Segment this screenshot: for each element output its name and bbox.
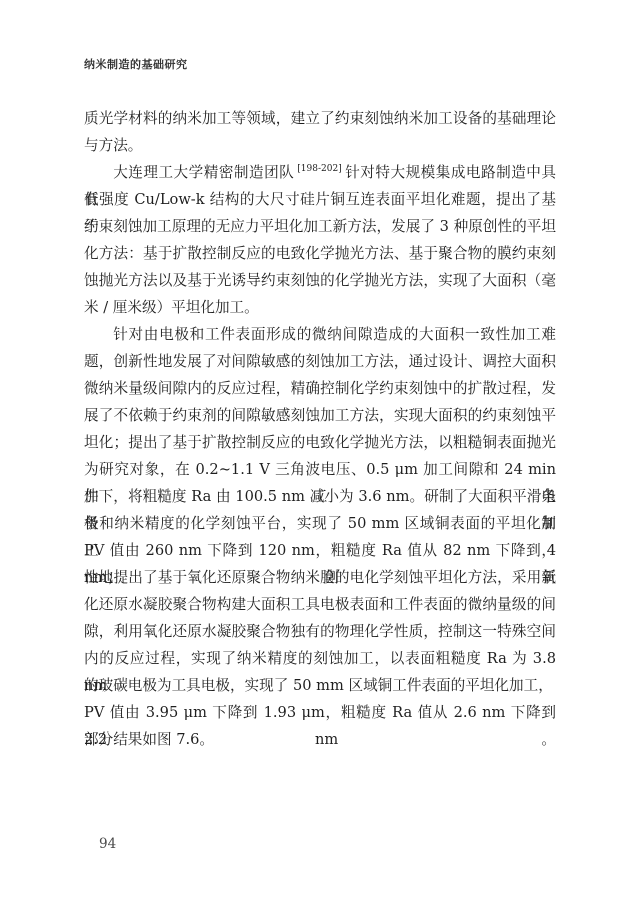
- text-line: 件下，将粗糙度 Ra 由 100.5 nm 减小为 3.6 nm。研制了大面积平…: [84, 483, 556, 510]
- document-page: 纳米制造的基础研究 质光学材料的纳米加工等领域，建立了约束刻蚀纳米加工设备的基础…: [0, 0, 643, 908]
- text-line: PV 值由 3.95 μm 下降到 1.93 μm，粗糙度 Ra 值从 2.6 …: [84, 699, 556, 726]
- text-line: 针对由电极和工件表面形成的微纳间隙造成的大面积一致性加工难: [84, 321, 556, 348]
- citation-superscript: [198-202]: [297, 164, 341, 174]
- text-line: 的玻碳电极为工具电极，实现了 50 mm 区域铜工件表面的平坦化加工，: [84, 672, 556, 699]
- text-line: 与方法。: [84, 132, 556, 159]
- text-line: 隙，利用氧化还原水凝胶聚合物独有的物理化学性质，控制这一特殊空间: [84, 618, 556, 645]
- text-line: 米 / 厘米级）平坦化加工。: [84, 294, 556, 321]
- text-line: 蚀抛光方法以及基于光诱导约束刻蚀的化学抛光方法，实现了大面积（毫: [84, 267, 556, 294]
- text-line: 内的反应过程，实现了纳米精度的刻蚀加工，以表面粗糙度 Ra 为 3.8 nm: [84, 645, 556, 672]
- text-line: 化方法：基于扩散控制反应的电致化学抛光方法、基于聚合物的膜约束刻: [84, 240, 556, 267]
- text-line: 为研究对象，在 0.2~1.1 V 三角波电压、0.5 μm 加工间隙和 24 …: [84, 456, 556, 483]
- body-text: 质光学材料的纳米加工等领域，建立了约束刻蚀纳米加工设备的基础理论 与方法。 大连…: [84, 105, 556, 753]
- running-header: 纳米制造的基础研究: [84, 58, 188, 72]
- text-segment: 大连理工大学精密制造团队: [113, 164, 294, 181]
- text-line: 大连理工大学精密制造团队[198-202]针对特大规模集成电路制造中具有: [84, 159, 556, 186]
- text-line: 展了不依赖于约束剂的间隙敏感刻蚀加工方法，实现大面积的约束刻蚀平: [84, 402, 556, 429]
- text-line: 备和纳米精度的化学刻蚀平台，实现了 50 mm 区域铜表面的平坦化加工，: [84, 510, 556, 537]
- text-line: 约束刻蚀加工原理的无应力平坦化加工新方法，发展了 3 种原创性的平坦: [84, 213, 556, 240]
- text-line: 质光学材料的纳米加工等领域，建立了约束刻蚀纳米加工设备的基础理论: [84, 105, 556, 132]
- text-line: 化还原水凝胶聚合物构建大面积工具电极表面和工件表面的微纳量级的间: [84, 591, 556, 618]
- text-line: 微纳米量级间隙内的反应过程，精确控制化学约束刻蚀中的扩散过程，发: [84, 375, 556, 402]
- text-line: 题，创新性地发展了对间隙敏感的刻蚀加工方法，通过设计、调控大面积: [84, 348, 556, 375]
- text-line: 低强度 Cu/Low-k 结构的大尺寸硅片铜互连表面平坦化难题，提出了基于: [84, 186, 556, 213]
- text-line: 性地提出了基于氧化还原聚合物纳米膜的电化学刻蚀平坦化方法，采用氧: [84, 564, 556, 591]
- text-line: 坦化；提出了基于扩散控制反应的电致化学抛光方法，以粗糙铜表面抛光: [84, 429, 556, 456]
- page-number: 94: [99, 836, 116, 852]
- text-line: PV 值由 260 nm 下降到 120 nm，粗糙度 Ra 值从 82 nm …: [84, 537, 556, 564]
